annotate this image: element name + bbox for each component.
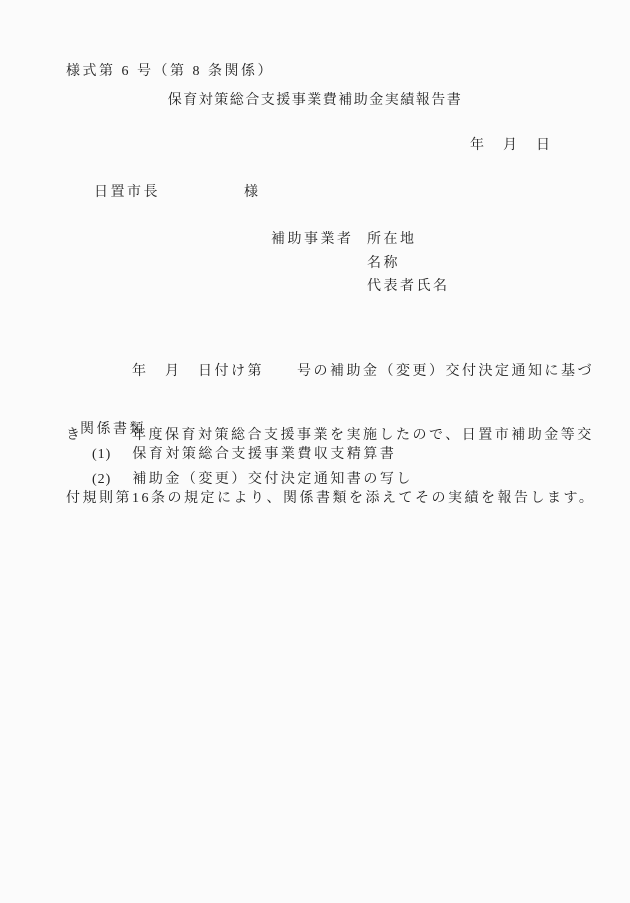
applicant-field-address: 所在地 [367, 230, 417, 250]
attachment-item: (1) 保育対策総合支援事業費収支精算書 [92, 445, 396, 465]
applicant-field-name: 名称 [367, 254, 400, 274]
applicant-field-representative: 代表者氏名 [367, 277, 450, 297]
attachment-text: 補助金（変更）交付決定通知書の写し [132, 470, 413, 490]
applicant-label: 補助事業者 [271, 230, 354, 250]
body-line: 付規則第16条の規定により、関係書類を添えてその実績を報告します。 [66, 487, 578, 511]
document-page: 様式第 6 号（第 8 条関係） 保育対策総合支援事業費補助金実績報告書 年 月… [0, 0, 630, 903]
page-title: 保育対策総合支援事業費補助金実績報告書 [0, 91, 630, 111]
addressee-name: 日置市長 [94, 183, 160, 203]
date-line: 年 月 日 [470, 136, 553, 156]
form-number: 様式第 6 号（第 8 条関係） [66, 62, 274, 82]
attachment-item: (2) 補助金（変更）交付決定通知書の写し [92, 470, 413, 490]
body-line: 年 月 日付け第 号の補助金（変更）交付決定通知に基づ [66, 360, 578, 384]
addressee-honorific: 様 [244, 183, 261, 203]
attachment-number: (1) [92, 445, 111, 465]
attachments-heading: 関係書類 [80, 420, 146, 440]
attachment-number: (2) [92, 470, 111, 490]
attachment-text: 保育対策総合支援事業費収支精算書 [132, 445, 396, 465]
